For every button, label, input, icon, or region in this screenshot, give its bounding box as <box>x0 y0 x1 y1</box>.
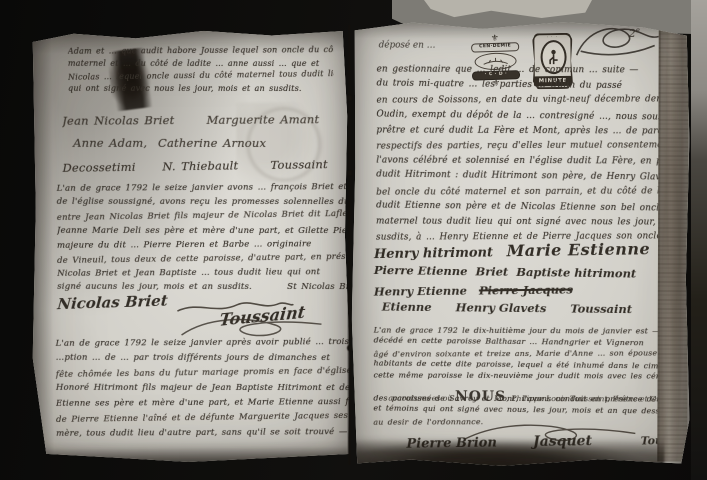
manuscript-photo: Adam et … que audit habore Jousse lequel… <box>0 0 707 480</box>
stitch-dot <box>347 345 352 351</box>
stitch-dot <box>347 95 352 101</box>
left-page: Adam et … que audit habore Jousse lequel… <box>26 26 352 464</box>
page-vignette <box>351 18 692 469</box>
binding-seam <box>347 25 352 465</box>
background-right-edge <box>691 0 707 480</box>
right-page: déposé en … ⚜ CEN·DEMIE · C · D · ⚜ · · … <box>351 18 692 469</box>
page-vignette <box>26 26 352 464</box>
stitch-dot <box>347 170 352 176</box>
